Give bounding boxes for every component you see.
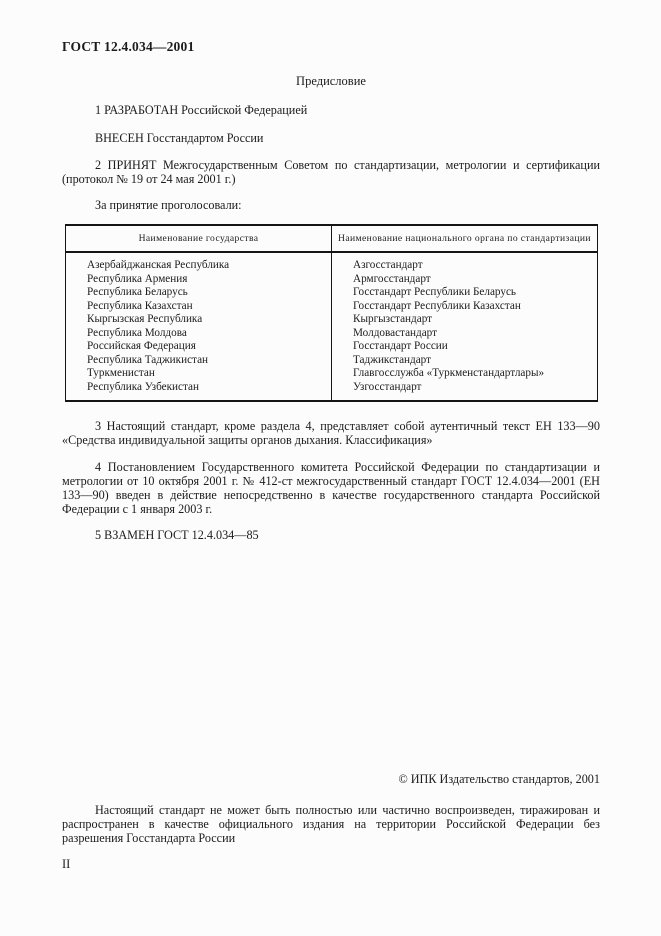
- foreword-item-developed: 1 РАЗРАБОТАН Российской Федерацией: [62, 103, 600, 117]
- table-row: Республика КазахстанГосстандарт Республи…: [66, 300, 598, 314]
- table-cell: Республика Таджикистан: [66, 354, 332, 368]
- table-cell: Республика Беларусь: [66, 286, 332, 300]
- page-title: Предисловие: [62, 74, 600, 88]
- doc-code: ГОСТ 12.4.034—2001: [62, 40, 600, 54]
- table-cell: Госстандарт Республики Беларусь: [332, 286, 598, 300]
- foreword-item-3: 3 Настоящий стандарт, кроме раздела 4, п…: [62, 419, 600, 447]
- reproduction-notice: Настоящий стандарт не может быть полност…: [62, 803, 600, 845]
- table-row: Республика УзбекистанУзгосстандарт: [66, 381, 598, 402]
- table-cell: Туркменистан: [66, 367, 332, 381]
- vote-table-wrap: Наименование государства Наименование на…: [65, 224, 598, 402]
- copyright-line: © ИПК Издательство стандартов, 2001: [62, 772, 600, 786]
- table-cell: Российская Федерация: [66, 340, 332, 354]
- table-row: Республика МолдоваМолдовастандарт: [66, 327, 598, 341]
- table-cell: Армгосстандарт: [332, 273, 598, 287]
- vote-table-header: Наименование государства Наименование на…: [66, 225, 598, 252]
- column-header-state: Наименование государства: [66, 225, 332, 252]
- vote-table-body: Азербайджанская РеспубликаАзгосстандартР…: [66, 252, 598, 401]
- table-cell: Азербайджанская Республика: [66, 252, 332, 273]
- vote-table: Наименование государства Наименование на…: [65, 224, 598, 402]
- document-page: ГОСТ 12.4.034—2001 Предисловие 1 РАЗРАБО…: [0, 0, 661, 936]
- foreword-item-4: 4 Постановлением Государственного комите…: [62, 460, 600, 516]
- page-number: II: [62, 857, 600, 871]
- table-row: Кыргызская РеспубликаКыргызстандарт: [66, 313, 598, 327]
- table-row: ТуркменистанГлавгосслужба «Туркменстанда…: [66, 367, 598, 381]
- foreword-item-adopted: 2 ПРИНЯТ Межгосударственным Советом по с…: [62, 158, 600, 186]
- table-cell: Республика Казахстан: [66, 300, 332, 314]
- table-row: Республика БеларусьГосстандарт Республик…: [66, 286, 598, 300]
- table-cell: Республика Узбекистан: [66, 381, 332, 402]
- blank-space: [62, 554, 600, 772]
- table-cell: Республика Молдова: [66, 327, 332, 341]
- table-cell: Узгосстандарт: [332, 381, 598, 402]
- column-header-body: Наименование национального органа по ста…: [332, 225, 598, 252]
- foreword-item-5: 5 ВЗАМЕН ГОСТ 12.4.034—85: [62, 528, 600, 542]
- vote-intro: За принятие проголосовали:: [62, 198, 600, 212]
- table-cell: Кыргызстандарт: [332, 313, 598, 327]
- table-row: Республика ТаджикистанТаджикстандарт: [66, 354, 598, 368]
- table-cell: Азгосстандарт: [332, 252, 598, 273]
- table-row: Республика АрменияАрмгосстандарт: [66, 273, 598, 287]
- table-cell: Кыргызская Республика: [66, 313, 332, 327]
- table-row: Азербайджанская РеспубликаАзгосстандарт: [66, 252, 598, 273]
- table-cell: Таджикстандарт: [332, 354, 598, 368]
- table-cell: Госстандарт России: [332, 340, 598, 354]
- table-cell: Молдовастандарт: [332, 327, 598, 341]
- table-cell: Республика Армения: [66, 273, 332, 287]
- table-cell: Главгосслужба «Туркменстандартлары»: [332, 367, 598, 381]
- table-row: Российская ФедерацияГосстандарт России: [66, 340, 598, 354]
- table-cell: Госстандарт Республики Казахстан: [332, 300, 598, 314]
- foreword-item-submitted: ВНЕСЕН Госстандартом России: [62, 131, 600, 145]
